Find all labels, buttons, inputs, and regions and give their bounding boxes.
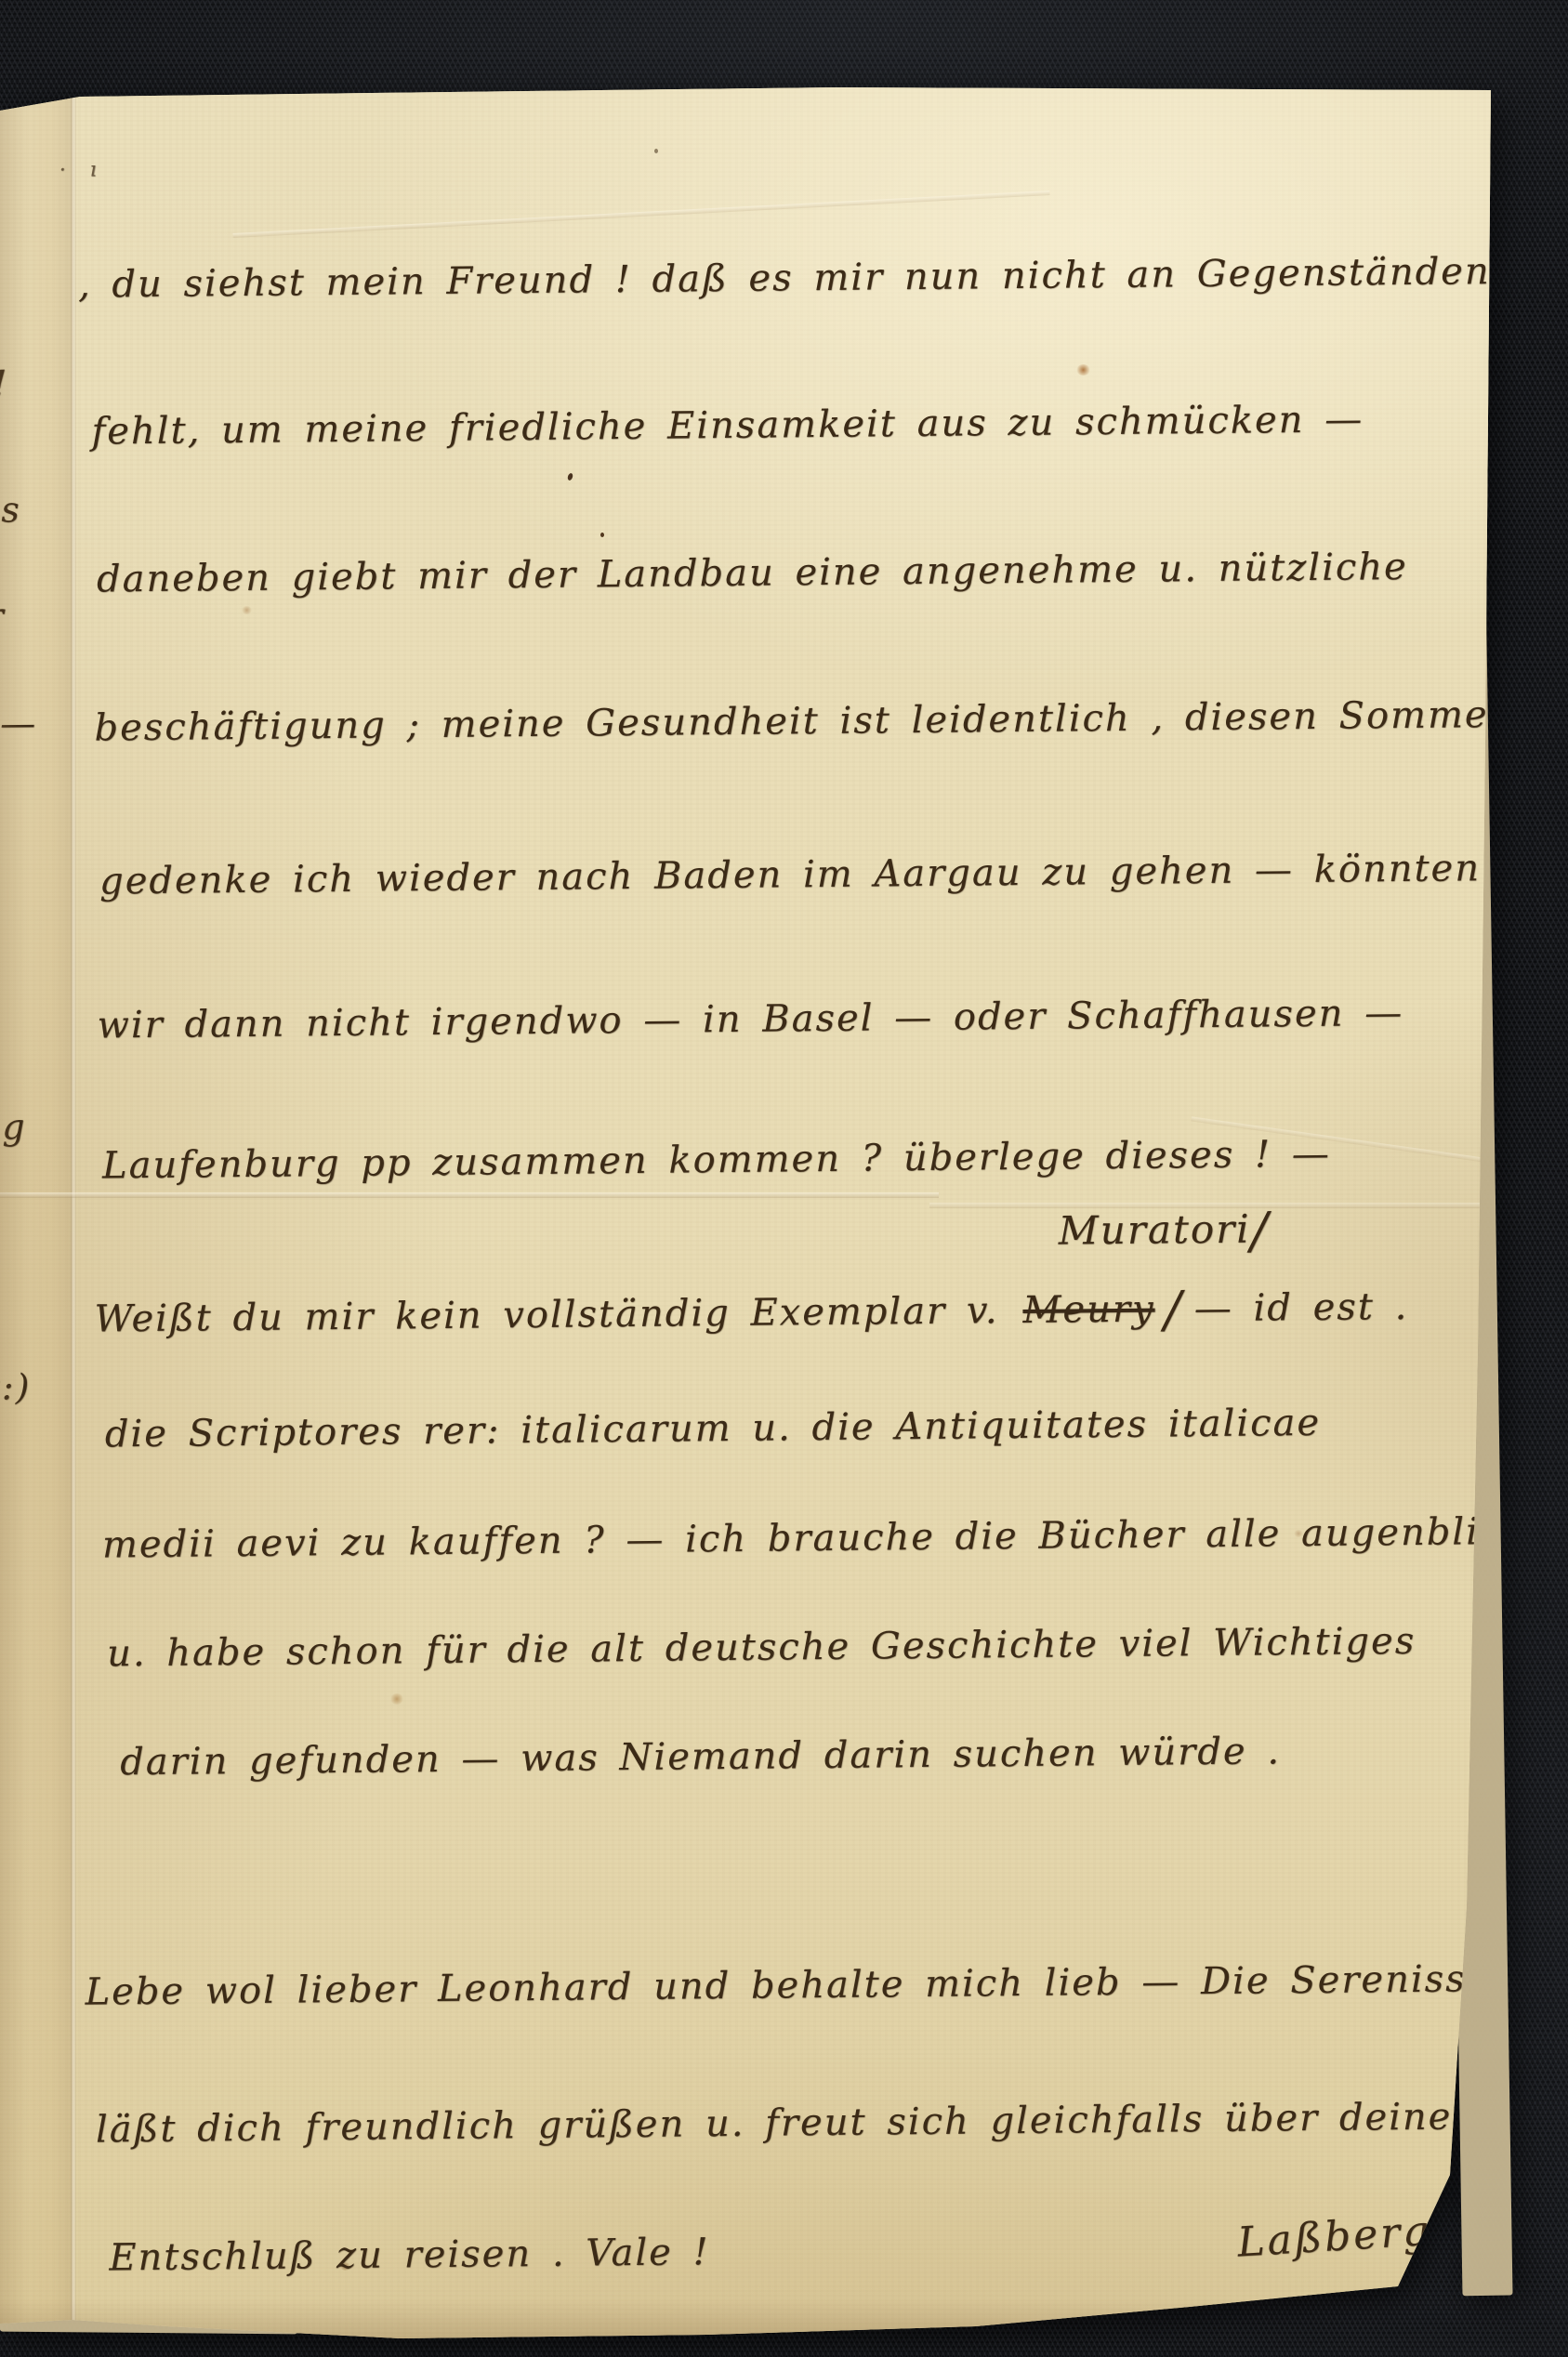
- paper-wrapper: · ı , du siehst mein Freund ! daß es mir…: [0, 0, 1568, 2357]
- margin-fragment: o: [0, 983, 1, 1022]
- letter-line-8: Weißt du mir kein vollständig Exemplar v…: [94, 1286, 1408, 1340]
- letter-line-10: medii aevi zu kauffen ? — ich brauche di…: [102, 1511, 1551, 1566]
- top-left-pencil-mark: · ı: [59, 159, 102, 182]
- letter-line-6: wir dann nicht irgendwo — in Basel — ode…: [97, 993, 1403, 1046]
- letter-line-4: beschäftigung ; meine Gesundheit ist lei…: [94, 694, 1509, 749]
- interlinear-insertion: Muratori∕: [1059, 1207, 1270, 1252]
- letter-line-11: u. habe schon für die alt deutsche Gesch…: [107, 1621, 1416, 1675]
- letter-line-13: Lebe wol lieber Leonhard und behalte mic…: [85, 1958, 1541, 2013]
- letter-line-15: Entschluß zu reisen . Vale !: [109, 2232, 710, 2278]
- margin-fragment: —s: [0, 491, 21, 530]
- line8-pre: Weißt du mir kein vollständig Exemplar v…: [94, 1289, 998, 1340]
- line8-post: — id est .: [1194, 1285, 1409, 1330]
- letter-page: · ı , du siehst mein Freund ! daß es mir…: [0, 0, 1568, 2357]
- signature: Laßberg.: [1236, 2208, 1449, 2266]
- margin-fragment: d,: [0, 230, 3, 270]
- insertion-caret-icon: ∕: [1250, 1201, 1270, 1259]
- margin-fragment: tr: [0, 597, 6, 636]
- struck-word: Meury: [1022, 1288, 1155, 1332]
- scan-background: · ı , du siehst mein Freund ! daß es mir…: [0, 0, 1568, 2357]
- letter-line-1: , du siehst mein Freund ! daß es mir nun…: [78, 251, 1491, 306]
- margin-fragment: ing: [0, 1108, 27, 1147]
- letter-line-5: gedenke ich wieder nach Baden im Aargau …: [99, 848, 1481, 902]
- interlinear-word: Muratori: [1059, 1206, 1251, 1254]
- margin-fragment: in—: [0, 704, 37, 744]
- letter-line-3: daneben giebt mir der Landbau eine angen…: [97, 546, 1408, 600]
- letter-line-14: läßt dich freundlich grüßen u. freut sic…: [96, 2096, 1479, 2150]
- margin-fragment: d!: [0, 364, 9, 403]
- handwriting-layer: · ı , du siehst mein Freund ! daß es mir…: [0, 0, 1568, 2357]
- letter-line-9: die Scriptores rer: italicarum u. die An…: [105, 1402, 1322, 1455]
- letter-line-12: darin gefunden — was Niemand darin suche…: [120, 1731, 1281, 1783]
- letter-line-2: fehlt, um meine friedliche Einsamkeit au…: [91, 399, 1364, 452]
- margin-fragment: ʒ:): [0, 1368, 32, 1407]
- insertion-caret-icon: ∕: [1164, 1280, 1183, 1338]
- letter-line-7: Laufenburg pp zusammen kommen ? überlege…: [102, 1134, 1331, 1187]
